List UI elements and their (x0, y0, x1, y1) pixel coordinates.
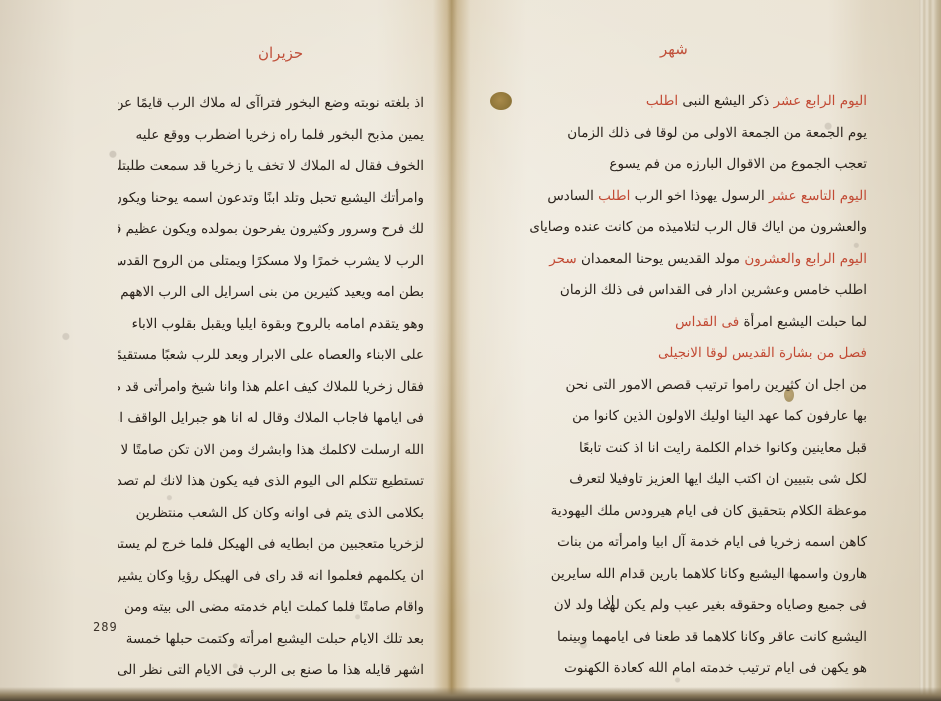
text-line: لكل شى بتبيين ان اكتب اليك ايها العزيز ت… (495, 464, 867, 496)
text-line: اليوم الرابع عشر ذكر اليشع النبى اطلب (495, 86, 867, 118)
body-text: السادس (547, 188, 598, 204)
right-page-header: شهر (660, 40, 688, 58)
rubric-text: اطلب (646, 93, 678, 109)
left-page: حزيران اذ بلغته نوبته وضع البخور فتراآى … (0, 0, 455, 701)
rubric-text: سحر (549, 251, 576, 267)
body-text: اطلب خامس وعشرين ادار فى القداس فى ذلك ا… (560, 282, 867, 298)
rubric-text: اليوم التاسع عشر (769, 188, 867, 204)
body-text: ذكر اليشع النبى (678, 93, 773, 109)
rubric-text: فى القداس (675, 314, 739, 330)
text-line: ان يكلمهم فعلموا انه قد راى فى الهيكل رؤ… (118, 561, 424, 593)
left-page-header: حزيران (258, 44, 303, 62)
text-line: يمين مذبح البخور فلما راه زخريا اضطرب وو… (118, 120, 424, 152)
body-text: بها عارفون كما عهد الينا اوليك الاولون ا… (572, 408, 867, 424)
text-line: اليوم الرابع والعشرون مولد القديس يوحنا … (495, 244, 867, 276)
text-line: كاهن اسمه زخريا فى ايام خدمة آل ابيا وام… (495, 527, 867, 559)
right-page-text: اليوم الرابع عشر ذكر اليشع النبى اطلبيوم… (495, 86, 867, 685)
rubric-text: اليوم الرابع والعشرون (744, 251, 867, 267)
text-line: موعظة الكلام بتحقيق كان فى ايام هيرودس م… (495, 496, 867, 528)
folio-number: 289 (93, 620, 118, 634)
text-line: الخوف فقال له الملاك لا تخف يا زخريا قد … (118, 151, 424, 183)
rubric-text: اليوم الرابع عشر (774, 93, 867, 109)
text-line: تستطيع تتكلم الى اليوم الذى فيه يكون هذا… (118, 466, 424, 498)
body-text: مولد القديس يوحنا المعمدان (577, 251, 745, 267)
body-text: موعظة الكلام بتحقيق كان فى ايام هيرودس م… (551, 503, 867, 519)
text-line: اليشبع كانت عاقر وكانا كلاهما قد طعنا فى… (495, 622, 867, 654)
body-text: يوم الجمعة من الجمعة الاولى من لوقا فى ذ… (567, 125, 867, 141)
text-line: بها عارفون كما عهد الينا اوليك الاولون ا… (495, 401, 867, 433)
text-line: وامرأتك اليشبع تحبل وتلد ابنًا وتدعون اس… (118, 183, 424, 215)
body-text: الرسول يهوذا اخو الرب (630, 188, 769, 204)
text-line: فى جميع وصاياه وحقوقه بغير عيب ولم يكن ل… (495, 590, 867, 622)
text-line: فى ايامها فاجاب الملاك وقال له انا هو جب… (118, 403, 424, 435)
text-line: الرب لا يشرب خمرًا ولا مسكرًا ويمتلى من … (118, 246, 424, 278)
text-line: بعد تلك الايام حبلت اليشبع امرأته وكتمت … (118, 624, 424, 656)
text-line: اليوم التاسع عشر الرسول يهوذا اخو الرب ا… (495, 181, 867, 213)
text-line: من اجل ان كثيرين راموا ترتيب قصص الامور … (495, 370, 867, 402)
rubric-text: فصل من بشارة القديس لوقا الانجيلى (658, 345, 867, 361)
body-text: من اجل ان كثيرين راموا ترتيب قصص الامور … (565, 377, 867, 393)
body-text: كاهن اسمه زخريا فى ايام خدمة آل ابيا وام… (557, 534, 867, 550)
text-line: فصل من بشارة القديس لوقا الانجيلى (495, 338, 867, 370)
manuscript-spread: حزيران اذ بلغته نوبته وضع البخور فتراآى … (0, 0, 941, 701)
text-line: وهو يتقدم امامه بالروح وبقوة ايليا ويقبل… (118, 309, 424, 341)
body-text: لما حبلت اليشبع امرأة (739, 314, 867, 330)
text-line: لك فرح وسرور وكثيرون يفرحون بمولده ويكون… (118, 214, 424, 246)
text-line: بكلامى الذى يتم فى اوانه وكان كل الشعب م… (118, 498, 424, 530)
body-text: اليشبع كانت عاقر وكانا كلاهما قد طعنا فى… (557, 629, 867, 645)
text-line: بطن امه ويعيد كثيرين من بنى اسرايل الى ا… (118, 277, 424, 309)
right-page: شهر اليوم الرابع عشر ذكر اليشع النبى اطل… (460, 0, 920, 701)
text-line: واقام صامتًا فلما كملت ايام خدمته مضى ال… (118, 592, 424, 624)
text-line: اذ بلغته نوبته وضع البخور فتراآى له ملاك… (118, 88, 424, 120)
text-line: تعجب الجموع من الاقوال البارزه من فم يسو… (495, 149, 867, 181)
body-text: هارون واسمها اليشبع وكانا كلاهما بارين ق… (551, 566, 867, 582)
text-line: يوم الجمعة من الجمعة الاولى من لوقا فى ذ… (495, 118, 867, 150)
text-line: هو يكهن فى ايام ترتيب خدمته امام الله كع… (495, 653, 867, 685)
text-line: اطلب خامس وعشرين ادار فى القداس فى ذلك ا… (495, 275, 867, 307)
text-line: قبل معاينين وكانوا خدام الكلمة رايت انا … (495, 433, 867, 465)
page-edges (919, 0, 941, 701)
text-line: على الابناء والعصاه على الابرار ويعد للر… (118, 340, 424, 372)
body-text: فى جميع وصاياه وحقوقه بغير عيب ولم يكن ل… (554, 597, 867, 613)
text-line: والعشرون من اياك قال الرب لتلاميذه من كا… (495, 212, 867, 244)
left-page-text: اذ بلغته نوبته وضع البخور فتراآى له ملاك… (118, 88, 424, 687)
body-text: والعشرون من اياك قال الرب لتلاميذه من كا… (529, 219, 867, 235)
text-line: هارون واسمها اليشبع وكانا كلاهما بارين ق… (495, 559, 867, 591)
body-text: تعجب الجموع من الاقوال البارزه من فم يسو… (609, 156, 867, 172)
rubric-text: اطلب (598, 188, 630, 204)
body-text: قبل معاينين وكانوا خدام الكلمة رايت انا … (579, 440, 867, 456)
text-line: لزخريا متعجبين من ابطايه فى الهيكل فلما … (118, 529, 424, 561)
text-line: فقال زخريا للملاك كيف اعلم هذا وانا شيخ … (118, 372, 424, 404)
body-text: هو يكهن فى ايام ترتيب خدمته امام الله كع… (564, 660, 867, 676)
catchword: اذ (605, 594, 614, 609)
text-line: لما حبلت اليشبع امرأة فى القداس (495, 307, 867, 339)
bottom-edge-shadow (0, 687, 941, 701)
text-line: اشهر قايله هذا ما صنع بى الرب فى الايام … (118, 655, 424, 687)
text-line: الله ارسلت لاكلمك هذا وابشرك ومن الان تك… (118, 435, 424, 467)
body-text: لكل شى بتبيين ان اكتب اليك ايها العزيز ت… (569, 471, 867, 487)
